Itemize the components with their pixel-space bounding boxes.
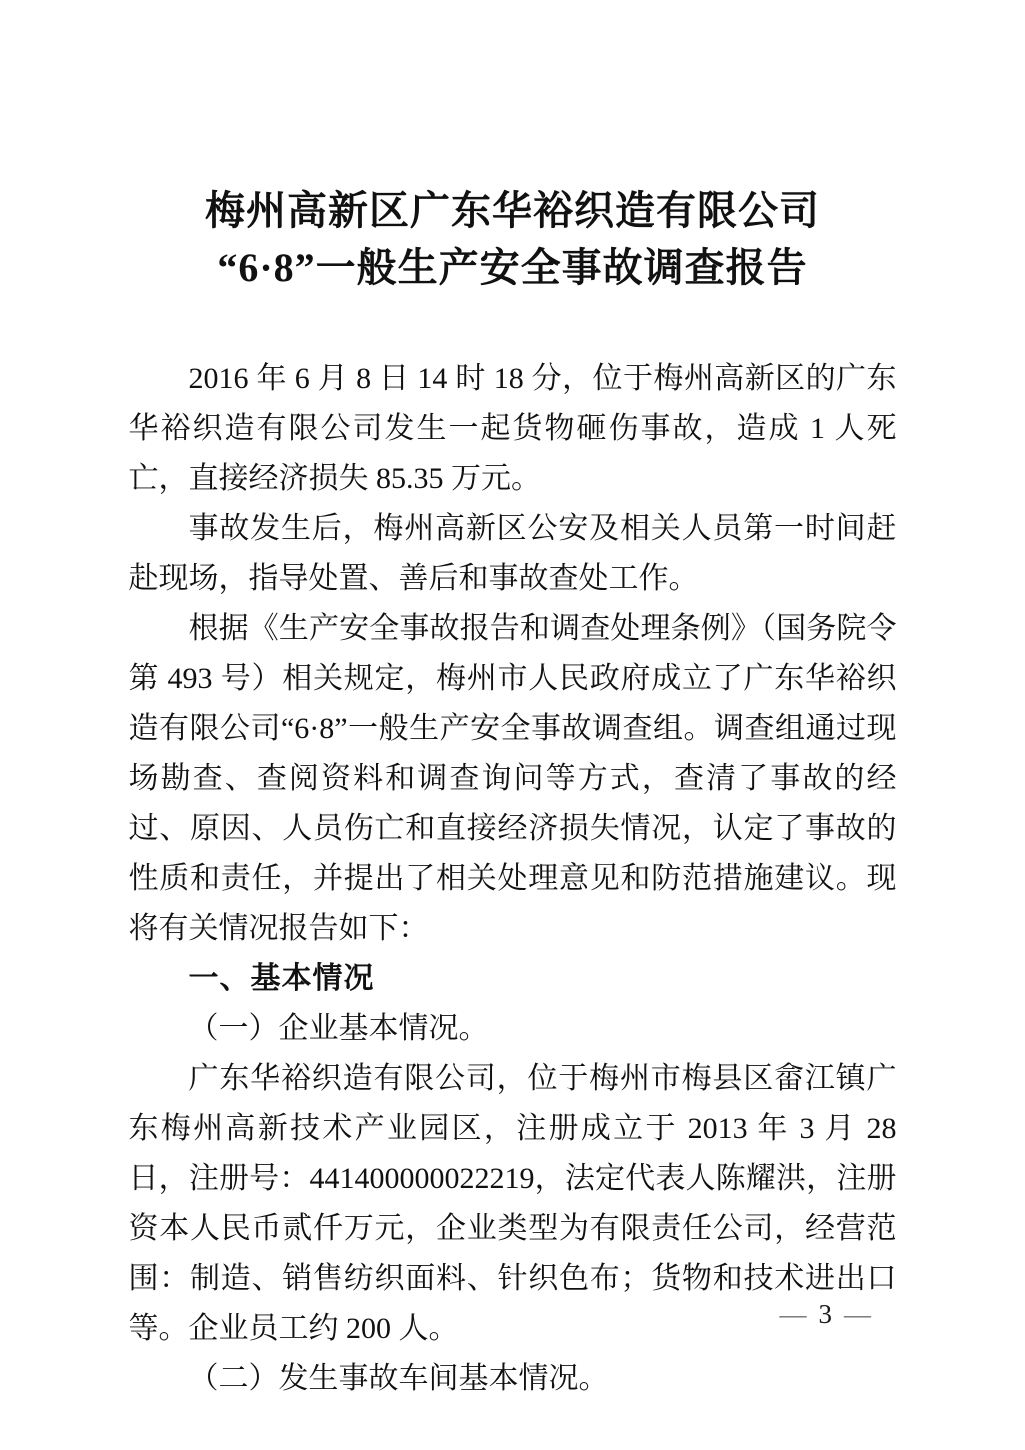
page-number: —3— [780,1301,874,1328]
document-title-line2: “6·8”一般生产安全事故调查报告 [80,239,945,296]
document-body: 2016 年 6 月 8 日 14 时 18 分，位于梅州高新区的广东华裕织造有… [129,354,897,1404]
section-heading-basic-info: 一、基本情况 [129,954,897,1004]
document-title-line1: 梅州高新区广东华裕织造有限公司 [80,182,945,239]
subsection-heading-workshop-info: （二）发生事故车间基本情况。 [129,1354,897,1404]
subsection-heading-company-info: （一）企业基本情况。 [129,1004,897,1054]
paragraph-investigation-basis: 根据《生产安全事故报告和调查处理条例》（国务院令第 493 号）相关规定，梅州市… [129,604,897,954]
document-title: 梅州高新区广东华裕织造有限公司 “6·8”一般生产安全事故调查报告 [80,182,945,296]
page-number-left-dash: — [780,1299,809,1329]
page-number-right-dash: — [844,1299,873,1329]
paragraph-incident-summary: 2016 年 6 月 8 日 14 时 18 分，位于梅州高新区的广东华裕织造有… [129,354,897,504]
document-page: 梅州高新区广东华裕织造有限公司 “6·8”一般生产安全事故调查报告 2016 年… [0,0,1025,1450]
page-number-value: 3 [809,1299,845,1329]
paragraph-response: 事故发生后，梅州高新区公安及相关人员第一时间赶赴现场，指导处置、善后和事故查处工… [129,504,897,604]
